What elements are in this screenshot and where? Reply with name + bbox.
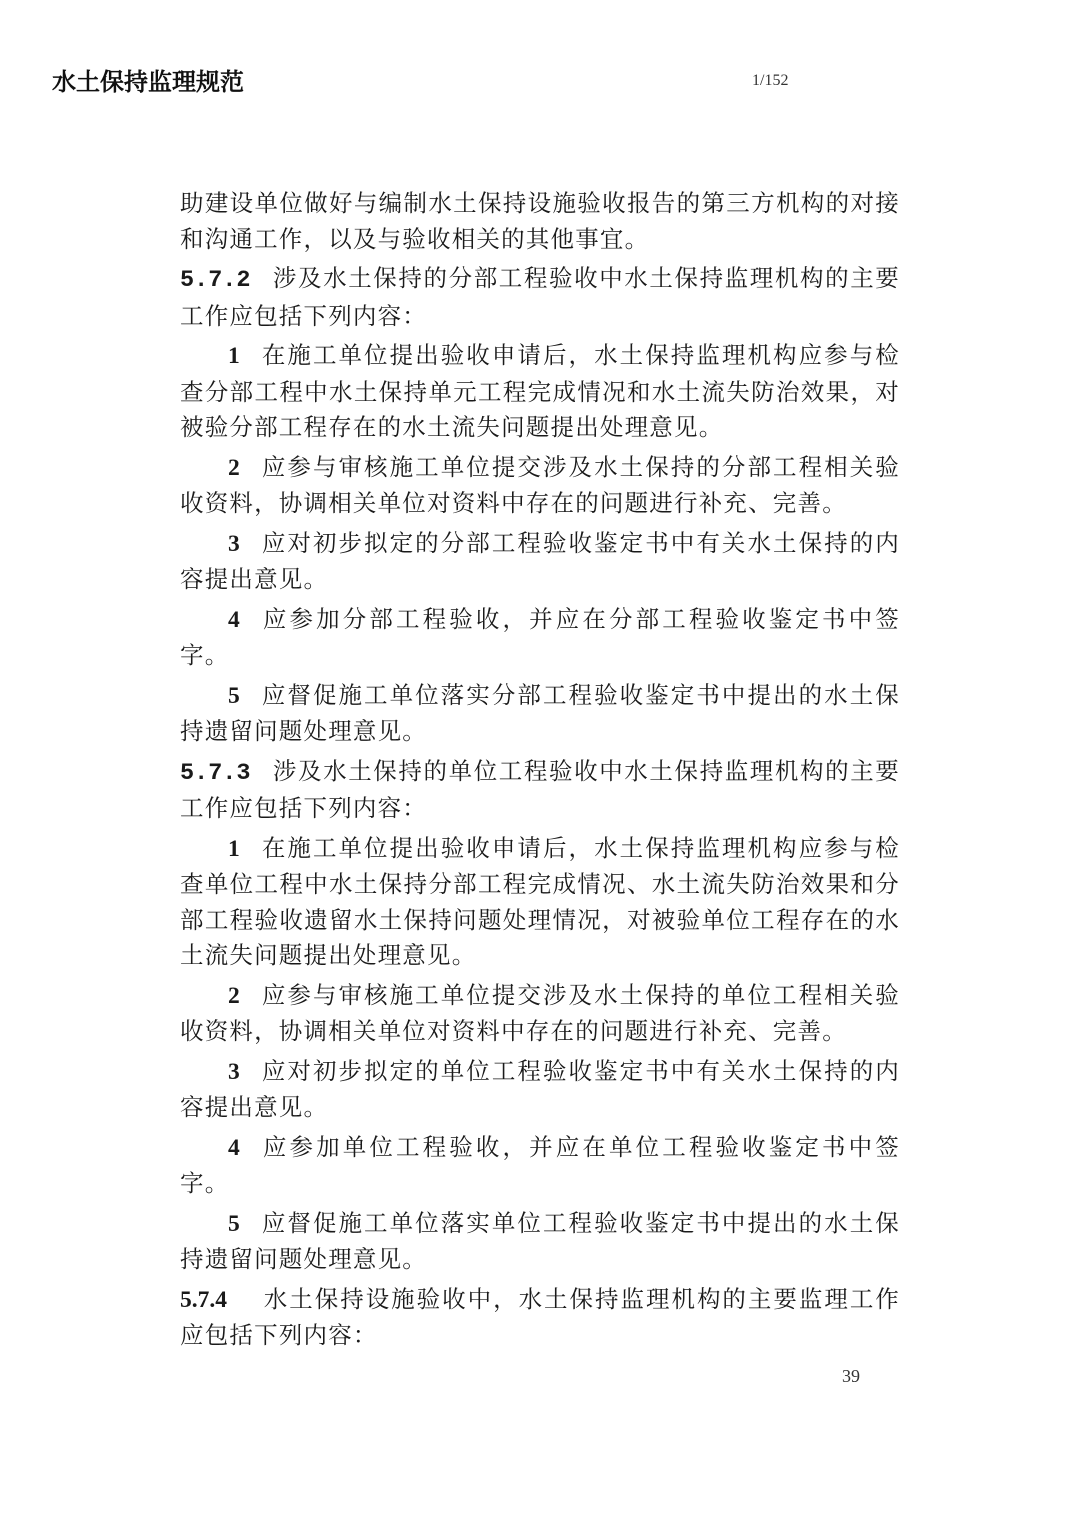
clause-5-7-3: 5.7.3涉及水土保持的单位工程验收中水土保持监理机构的主要工作应包括下列内容： bbox=[180, 754, 900, 827]
list-item: 4应参加单位工程验收，并应在单位工程验收鉴定书中签字。 bbox=[180, 1130, 900, 1202]
page-indicator: 1/152 bbox=[752, 72, 788, 90]
document-title: 水土保持监理规范 bbox=[52, 62, 244, 97]
list-item: 5应督促施工单位落实分部工程验收鉴定书中提出的水土保持遗留问题处理意见。 bbox=[180, 678, 900, 750]
list-item: 3应对初步拟定的单位工程验收鉴定书中有关水土保持的内容提出意见。 bbox=[180, 1054, 900, 1126]
list-item: 2应参与审核施工单位提交涉及水土保持的分部工程相关验收资料，协调相关单位对资料中… bbox=[180, 450, 900, 522]
list-item: 5应督促施工单位落实单位工程验收鉴定书中提出的水土保持遗留问题处理意见。 bbox=[180, 1206, 900, 1278]
intro-continuation: 助建设单位做好与编制水土保持设施验收报告的第三方机构的对接和沟通工作，以及与验收… bbox=[180, 186, 900, 257]
clause-text: 水土保持设施验收中，水土保持监理机构的主要监理工作应包括下列内容： bbox=[180, 1285, 900, 1350]
list-item: 2应参与审核施工单位提交涉及水土保持的单位工程相关验收资料，协调相关单位对资料中… bbox=[180, 978, 900, 1050]
list-item: 3应对初步拟定的分部工程验收鉴定书中有关水土保持的内容提出意见。 bbox=[180, 526, 900, 598]
page-number: 39 bbox=[842, 1366, 860, 1387]
list-item: 1在施工单位提出验收申请后，水土保持监理机构应参与检查分部工程中水土保持单元工程… bbox=[180, 338, 900, 446]
list-item: 1在施工单位提出验收申请后，水土保持监理机构应参与检查单位工程中水土保持分部工程… bbox=[180, 831, 900, 974]
clause-5-7-2: 5.7.2涉及水土保持的分部工程验收中水土保持监理机构的主要工作应包括下列内容： bbox=[180, 261, 900, 334]
clause-5-7-4: 5.7.4水土保持设施验收中，水土保持监理机构的主要监理工作应包括下列内容： bbox=[180, 1282, 900, 1354]
clause-number: 5.7.2 bbox=[180, 267, 251, 294]
clause-text: 涉及水土保持的分部工程验收中水土保持监理机构的主要工作应包括下列内容： bbox=[180, 264, 900, 330]
document-body: 助建设单位做好与编制水土保持设施验收报告的第三方机构的对接和沟通工作，以及与验收… bbox=[180, 186, 900, 1354]
clause-number: 5.7.3 bbox=[180, 760, 251, 787]
list-item: 4应参加分部工程验收，并应在分部工程验收鉴定书中签字。 bbox=[180, 602, 900, 674]
clause-number: 5.7.4 bbox=[180, 1287, 227, 1313]
clause-text: 涉及水土保持的单位工程验收中水土保持监理机构的主要工作应包括下列内容： bbox=[180, 757, 900, 823]
